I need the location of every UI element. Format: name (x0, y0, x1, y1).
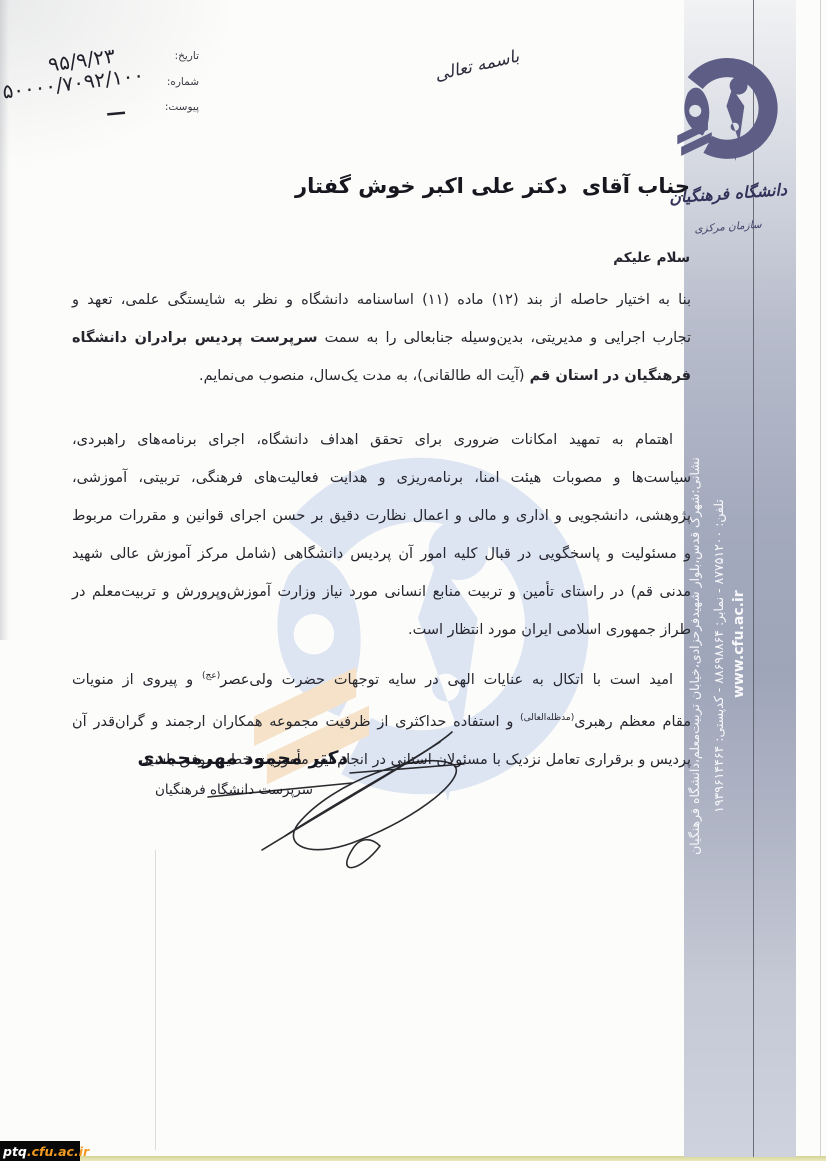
body-line: و مسئولیت و پاسخگویی در قبال کلیه امور آ… (72, 535, 691, 573)
basmala-text: باسمه تعالی (402, 39, 553, 92)
attachment-dash: — (105, 99, 127, 125)
paragraph: بنا به اختیار حاصله از بند (۱۲) ماده (۱۱… (72, 281, 691, 395)
page-bottom-margin (0, 1161, 826, 1169)
body-line: اهتمام به تمهید امکانات ضروری برای تحقق … (72, 421, 691, 459)
body-line: فرهنگیان در استان قم (آیت اله طالقانی)، … (72, 357, 691, 395)
paragraph: اهتمام به تمهید امکانات ضروری برای تحقق … (72, 421, 691, 649)
recipient-heading: جناب آقای دکتر علی اکبر خوش گفتار (295, 174, 690, 198)
body-line: بنا به اختیار حاصله از بند (۱۲) ماده (۱۱… (72, 281, 691, 319)
salutation-text: سلام علیکم (613, 250, 690, 266)
stamp-domain: cfu.ac.ir (32, 1144, 90, 1159)
stamp-prefix: ptq (3, 1144, 27, 1159)
letter-body: بنا به اختیار حاصله از بند (۱۲) ماده (۱۱… (72, 281, 691, 779)
page-right-edge (820, 0, 821, 1160)
body-line: طراز جمهوری اسلامی ایران مورد انتظار است… (72, 611, 691, 649)
meta-number-label: شماره: (147, 76, 199, 88)
footer-stamp: ptq.cfu.ac.ir (0, 1141, 80, 1161)
meta-attachment-label: پیوست: (147, 101, 199, 113)
body-line: تجارب اجرایی و مدیریتی، بدین‌وسیله جنابع… (72, 319, 691, 357)
fold-line (155, 850, 156, 1150)
scanned-letter-page: نشانی:شهرک قدس،بلوار شهیدفرحزادی،خیابان … (0, 0, 826, 1169)
body-line: پژوهشی، دانشجویی و اداری و مالی و اعمال … (72, 497, 691, 535)
university-logo-emblem-icon (662, 46, 796, 193)
body-line: امید است با اتکال به عنایات الهی در سایه… (72, 657, 691, 699)
meta-date-label: تاریخ: (147, 50, 199, 62)
signature-scribble-icon (190, 715, 480, 875)
body-line: سیاست‌ها و مصوبات هیئت امنا، برنامه‌ریزی… (72, 459, 691, 497)
body-line: مدنی قم) در راستای تأمین و تربیت منابع ا… (72, 573, 691, 611)
